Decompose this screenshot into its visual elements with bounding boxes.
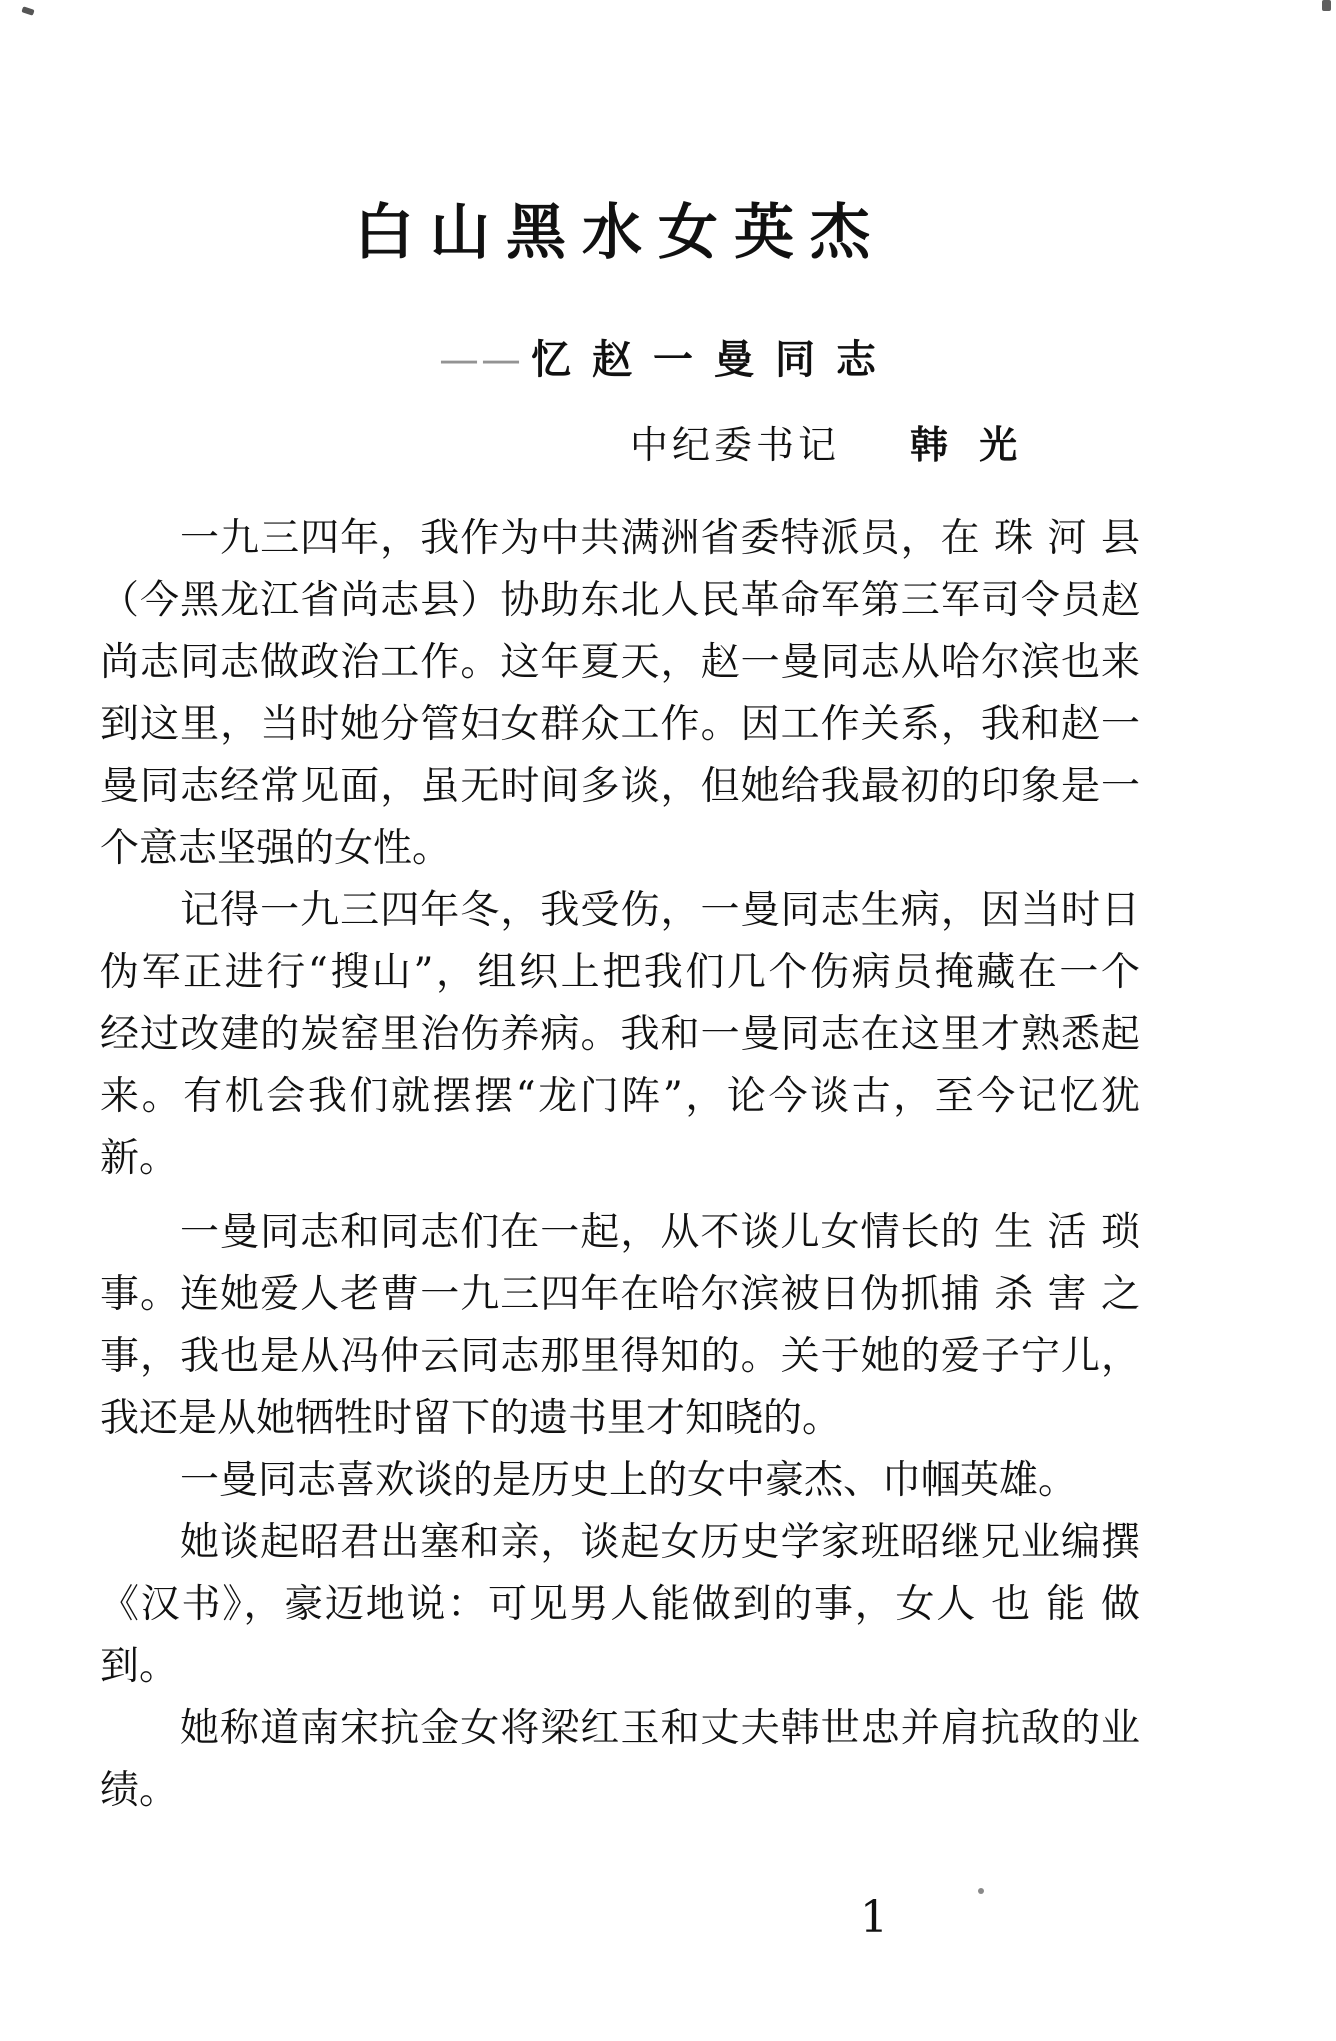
byline: 中纪委书记韩 光	[100, 424, 1140, 468]
text-line: 《汉书》，豪迈地说：可见男人能做到的事，女人 也 能 做	[100, 1574, 1140, 1636]
byline-name: 韩 光	[910, 423, 1017, 467]
text-line: 绩。	[100, 1760, 1140, 1822]
scan-artifact	[1322, 0, 1331, 11]
page-number: 1	[860, 1892, 888, 1943]
article-subtitle: ——忆赵一曼同志	[148, 338, 1188, 382]
text-line: 事。连她爱人老曹一九三四年在哈尔滨被日伪抓捕 杀 害 之	[100, 1264, 1140, 1326]
text-line: 事，我也是从冯仲云同志那里得知的。关于她的爱子宁儿，	[100, 1326, 1140, 1388]
text-line: 记得一九三四年冬，我受伤，一曼同志生病，因当时日	[100, 880, 1140, 942]
byline-role: 中纪委书记	[630, 423, 840, 467]
subtitle-dash: ——	[439, 337, 523, 383]
article-body: 一九三四年，我作为中共满洲省委特派员，在 珠 河 县（今黑龙江省尚志县）协助东北…	[100, 508, 1140, 1822]
scan-artifact	[978, 1888, 984, 1894]
scanned-page: 白山黑水女英杰 ——忆赵一曼同志 中纪委书记韩 光 一九三四年，我作为中共满洲省…	[0, 0, 1336, 2041]
page-content: 白山黑水女英杰 ——忆赵一曼同志 中纪委书记韩 光 一九三四年，我作为中共满洲省…	[100, 0, 1140, 1822]
text-line: 一九三四年，我作为中共满洲省委特派员，在 珠 河 县	[100, 508, 1140, 570]
text-line: 来。有机会我们就摆摆“龙门阵”，论今谈古，至今记忆犹	[100, 1066, 1140, 1128]
text-line: （今黑龙江省尚志县）协助东北人民革命军第三军司令员赵	[100, 570, 1140, 632]
text-line: 到。	[100, 1636, 1140, 1698]
text-line: 曼同志经常见面，虽无时间多谈，但她给我最初的印象是一	[100, 756, 1140, 818]
text-line: 她称道南宋抗金女将梁红玉和丈夫韩世忠并肩抗敌的业	[100, 1698, 1140, 1760]
text-line: 经过改建的炭窑里治伤养病。我和一曼同志在这里才熟悉起	[100, 1004, 1140, 1066]
text-line: 新。	[100, 1128, 1140, 1190]
text-line: 一曼同志喜欢谈的是历史上的女中豪杰、巾帼英雄。	[100, 1450, 1140, 1512]
text-line: 一曼同志和同志们在一起，从不谈儿女情长的 生 活 琐	[100, 1202, 1140, 1264]
scan-artifact	[21, 6, 34, 15]
subtitle-text: 忆赵一曼同志	[531, 337, 897, 383]
text-line: 尚志同志做政治工作。这年夏天，赵一曼同志从哈尔滨也来	[100, 632, 1140, 694]
text-line: 我还是从她牺牲时留下的遗书里才知晓的。	[100, 1388, 1140, 1450]
text-line: 个意志坚强的女性。	[100, 818, 1140, 880]
text-line: 到这里，当时她分管妇女群众工作。因工作关系，我和赵一	[100, 694, 1140, 756]
text-line: 她谈起昭君出塞和亲，谈起女历史学家班昭继兄业编撰	[100, 1512, 1140, 1574]
text-line: 伪军正进行“搜山”，组织上把我们几个伤病员掩藏在一个	[100, 942, 1140, 1004]
article-title: 白山黑水女英杰	[100, 200, 1140, 266]
